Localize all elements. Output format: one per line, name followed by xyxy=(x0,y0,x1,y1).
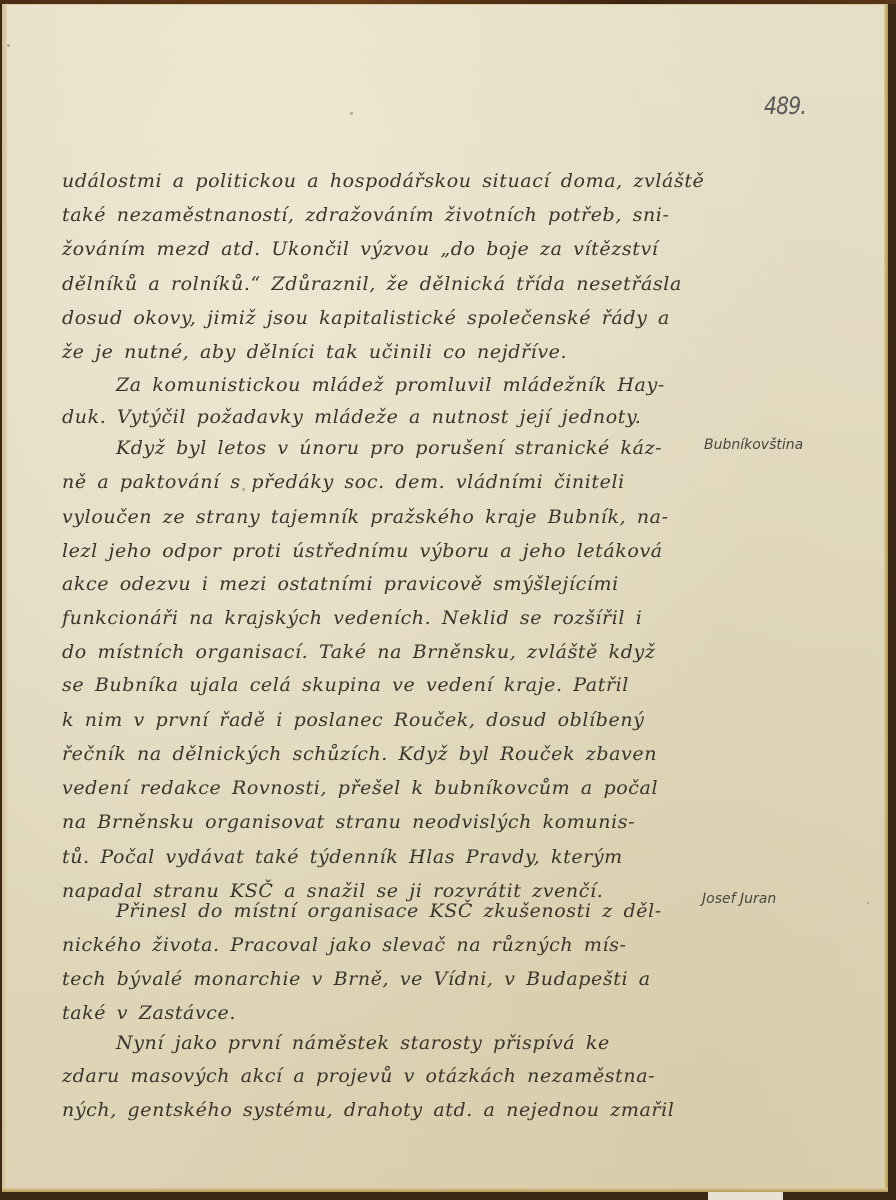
paragraph-start-line: Přinesl do místní organisace KSČ zkušeno… xyxy=(116,900,662,922)
paper-speck xyxy=(350,112,353,115)
text-line: vyloučen ze strany tajemník pražského kr… xyxy=(62,506,669,528)
page-number: 489. xyxy=(764,92,806,120)
text-line: také v Zastávce. xyxy=(62,1002,236,1024)
text-line: akce odezvu i mezi ostatními pravicově s… xyxy=(62,573,619,595)
text-line: na Brněnsku organisovat stranu neodvislý… xyxy=(62,811,635,833)
text-line: žováním mezd atd. Ukončil výzvou „do boj… xyxy=(62,238,658,260)
text-line: napadal stranu KSČ a snažil se ji rozvrá… xyxy=(62,880,603,902)
text-line: zdaru masových akcí a projevů v otázkách… xyxy=(62,1065,655,1087)
text-line: že je nutné, aby dělníci tak učinili co … xyxy=(62,341,567,363)
text-line: do místních organisací. Také na Brněnsku… xyxy=(62,641,655,663)
text-line: ně a paktování s předáky soc. dem. vládn… xyxy=(62,471,625,493)
text-line: tů. Počal vydávat také týdenník Hlas Pra… xyxy=(62,846,623,868)
paper-speck xyxy=(242,488,245,491)
text-line: událostmi a politickou a hospodářskou si… xyxy=(62,170,704,192)
text-line: vedení redakce Rovnosti, přešel k bubník… xyxy=(62,777,658,799)
paragraph-start-line: Když byl letos v únoru pro porušení stra… xyxy=(116,437,662,459)
page-gutter xyxy=(2,4,7,1192)
text-line: dělníků a rolníků.“ Zdůraznil, že dělnic… xyxy=(62,273,682,295)
text-line: duk. Vytýčil požadavky mládeže a nutnost… xyxy=(62,406,641,428)
paper-speck xyxy=(7,44,10,47)
text-line: dosud okovy, jimiž jsou kapitalistické s… xyxy=(62,307,670,329)
text-line: řečník na dělnických schůzích. Když byl … xyxy=(62,743,657,765)
paragraph-start-line: Za komunistickou mládež promluvil mládež… xyxy=(116,374,665,396)
text-line: ných, gentského systému, drahoty atd. a … xyxy=(62,1099,674,1121)
paragraph-start-line: Nyní jako první náměstek starosty přispí… xyxy=(116,1032,610,1054)
text-line: lezl jeho odpor proti ústřednímu výboru … xyxy=(62,540,663,562)
margin-note-bubnikovstina: Bubníkovština xyxy=(704,437,803,453)
text-line: tech bývalé monarchie v Brně, ve Vídni, … xyxy=(62,968,651,990)
book-binding: 489. událostmi a politickou a hospodářsk… xyxy=(0,0,896,1200)
paper-speck xyxy=(867,902,869,904)
margin-note-josef-juran: Josef Juran xyxy=(702,891,776,907)
text-line: se Bubníka ujala celá skupina ve vedení … xyxy=(62,674,629,696)
manuscript-page: 489. událostmi a politickou a hospodářsk… xyxy=(2,4,888,1192)
page-bottom-edge xyxy=(2,1188,888,1192)
text-line: také nezaměstnaností, zdražováním životn… xyxy=(62,204,670,226)
text-line: funkcionáři na krajských vedeních. Nekli… xyxy=(62,607,642,629)
paper-speck xyxy=(474,1040,476,1042)
page-right-edge xyxy=(884,4,888,1192)
text-line: k nim v první řadě i poslanec Rouček, do… xyxy=(62,709,645,731)
bookmark-tab xyxy=(708,1192,783,1200)
text-line: nického života. Pracoval jako slevač na … xyxy=(62,934,627,956)
